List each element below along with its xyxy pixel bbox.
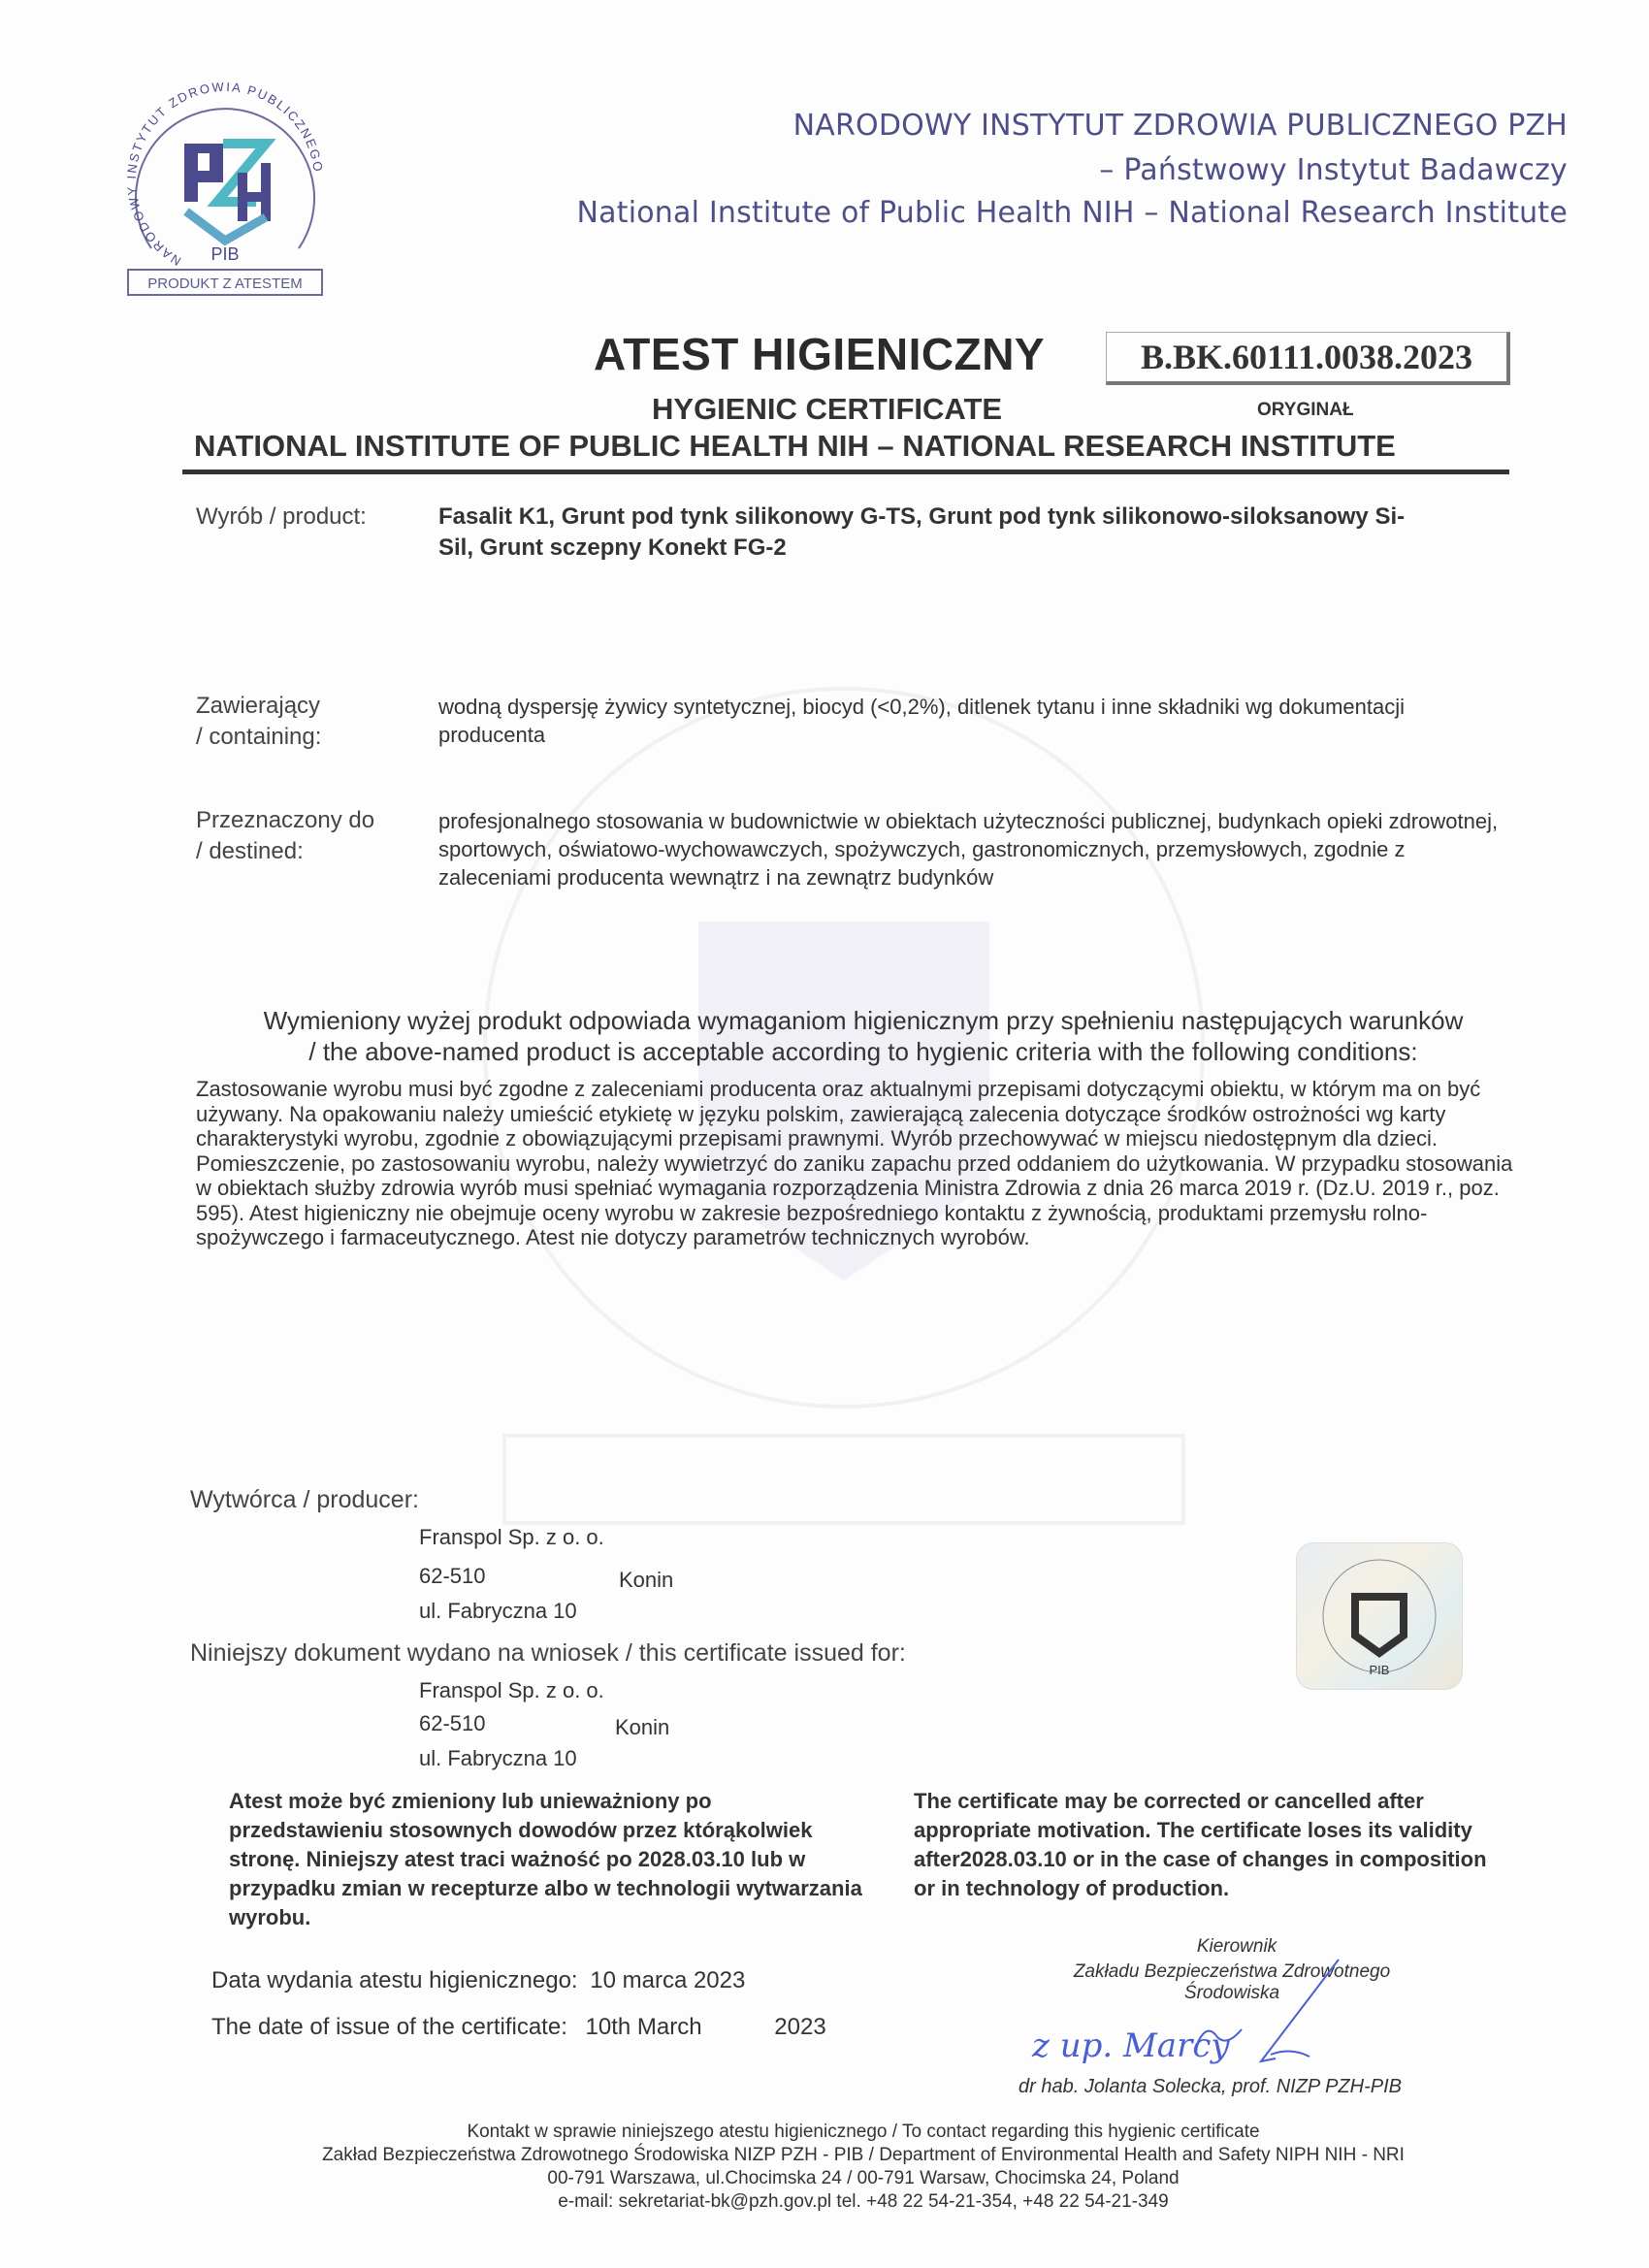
footer-line-3: 00-791 Warszawa, ul.Chocimska 24 / 00-79… xyxy=(233,2167,1494,2190)
issue-date-en-year: 2023 xyxy=(774,2014,825,2040)
document-title: ATEST HIGIENICZNY xyxy=(594,328,1045,380)
issue-date-pl-value: 10 marca 2023 xyxy=(590,1967,745,1993)
signatory-name: dr hab. Jolanta Solecka, prof. NIZP PZH-… xyxy=(1018,2076,1402,2098)
producer-postal-code: 62-510 xyxy=(419,1564,486,1589)
issue-date-en: The date of issue of the certificate: 10… xyxy=(211,2014,826,2041)
hologram-seal: PIB xyxy=(1296,1542,1463,1690)
footer-line-1: Kontakt w sprawie niniejszego atestu hig… xyxy=(233,2121,1494,2144)
title-divider xyxy=(182,470,1509,474)
producer-city: Konin xyxy=(619,1568,673,1593)
institute-logo: NARODOWY INSTYTUT ZDROWIA PUBLICZNEGO PI… xyxy=(109,76,341,308)
product-label: Wyrób / product: xyxy=(196,502,367,533)
contact-footer: Kontakt w sprawie niniejszego atestu hig… xyxy=(233,2121,1494,2214)
destined-label-en: / destined: xyxy=(196,836,409,867)
destined-label: Przeznaczony do / destined: xyxy=(196,805,409,867)
certificate-number: B.BK.60111.0038.2023 xyxy=(1106,332,1510,385)
footer-email-phone: e-mail: sekretariat-bk@pzh.gov.pl tel. +… xyxy=(233,2190,1494,2214)
conditions-heading: Wymieniony wyżej produkt odpowiada wymag… xyxy=(194,1005,1533,1067)
conditions-body: Zastosowanie wyrobu musi być zgodne z za… xyxy=(196,1077,1515,1250)
issue-date-pl-label: Data wydania atestu higienicznego: xyxy=(211,1967,578,1993)
containing-value: wodną dyspersję żywicy syntetycznej, bio… xyxy=(438,693,1467,749)
institute-name-pl: NARODOWY INSTYTUT ZDROWIA PUBLICZNEGO PZ… xyxy=(793,109,1568,143)
svg-text:z up. Marcy: z up. Marcy xyxy=(1031,2026,1230,2065)
issued-for-street: ul. Fabryczna 10 xyxy=(419,1746,577,1771)
validity-text-en: The certificate may be corrected or canc… xyxy=(914,1787,1496,1903)
institute-name-en: National Institute of Public Health NIH … xyxy=(577,196,1568,230)
containing-label-pl: Zawierający xyxy=(196,691,390,722)
issue-date-en-label: The date of issue of the certificate: xyxy=(211,2014,567,2040)
issued-for-label: Niniejszy dokument wydano na wniosek / t… xyxy=(190,1639,906,1668)
original-mark: ORYGINAŁ xyxy=(1257,400,1354,421)
destined-label-pl: Przeznaczony do xyxy=(196,805,409,836)
product-value: Fasalit K1, Grunt pod tynk silikonowy G-… xyxy=(438,502,1408,564)
containing-label: Zawierający / containing: xyxy=(196,691,390,753)
svg-text:PIB: PIB xyxy=(1370,1663,1390,1677)
issue-date-en-day: 10th March xyxy=(586,2014,702,2040)
producer-street: ul. Fabryczna 10 xyxy=(419,1599,577,1624)
footer-line-2: Zakład Bezpieczeństwa Zdrowotnego Środow… xyxy=(233,2144,1494,2167)
issued-for-postal-code: 62-510 xyxy=(419,1711,486,1736)
handwritten-signature: z up. Marcy xyxy=(1028,1950,1474,2076)
issued-for-name: Franspol Sp. z o. o. xyxy=(419,1678,604,1703)
validity-text-pl: Atest może być zmieniony lub unieważnion… xyxy=(229,1787,869,1932)
conditions-heading-en: / the above-named product is acceptable … xyxy=(194,1036,1533,1067)
producer-label: Wytwórca / producer: xyxy=(190,1486,419,1514)
conditions-heading-pl: Wymieniony wyżej produkt odpowiada wymag… xyxy=(194,1005,1533,1036)
destined-value: profesjonalnego stosowania w budownictwi… xyxy=(438,807,1505,891)
issue-date-pl: Data wydania atestu higienicznego: 10 ma… xyxy=(211,1967,745,1994)
svg-text:PRODUKT Z ATESTEM: PRODUKT Z ATESTEM xyxy=(147,275,302,292)
document-subtitle: HYGIENIC CERTIFICATE xyxy=(652,392,1002,427)
containing-label-en: / containing: xyxy=(196,722,390,753)
institute-heading: NATIONAL INSTITUTE OF PUBLIC HEALTH NIH … xyxy=(194,429,1396,464)
svg-text:PIB: PIB xyxy=(210,244,239,264)
issued-for-city: Konin xyxy=(615,1715,669,1740)
producer-name: Franspol Sp. z o. o. xyxy=(419,1525,604,1550)
institute-name-pl-sub: – Państwowy Instytut Badawczy xyxy=(1099,153,1568,187)
